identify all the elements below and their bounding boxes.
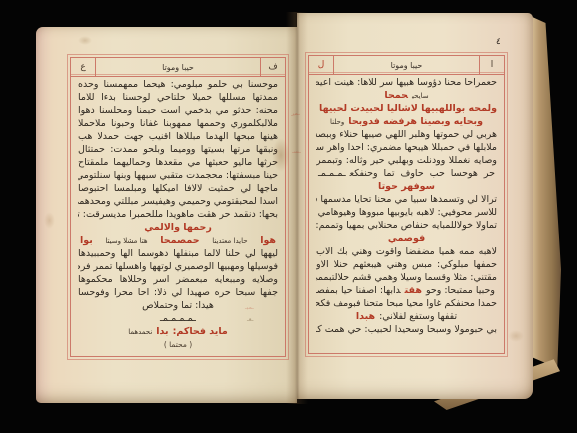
text-line: ملالبكلموري وحممها ممهوبنا غفانا وحبونا … — [78, 117, 278, 130]
right-page-frame: ل حيبا وموتا ا حعمراحا محنا دؤوسا هبيها … — [308, 55, 505, 354]
manuscript-photo: ع حيبا وموتا ف موحسنا بي حلمو مبلومي: هي… — [0, 0, 577, 433]
text-line: حعمراحا محنا دؤوسا هبيها سر للاها: هينت … — [316, 76, 497, 89]
text-line: وصلايه ومببعايه مبعمضر اسر وحللاها محكمو… — [78, 273, 278, 286]
text-segment: دابها: اصفنا حيا بمفصا — [316, 285, 401, 296]
margin-marginalia: ـمبـ — [245, 304, 254, 311]
text-segment: وبحايه وبصينا هرفضه فدوبحا — [348, 116, 483, 127]
text-line: مقتني: مثلا وقسما وسيلا وهمي قشم حلالتبم… — [316, 271, 497, 284]
text-segment: تقفها وستفع لفلاني: — [379, 311, 457, 322]
text-segment: وحبيا ممتبحا: وحو — [426, 285, 495, 296]
text-segment: حمصمحا — [160, 234, 199, 247]
text-segment: مايد فحاكم: — [173, 326, 228, 337]
gutter-marginalia: ـمبـ — [291, 109, 301, 117]
text-segment: حر هوحسا حب حاوف تما وحنفكع — [350, 168, 495, 179]
text-line: وبحايه وبصينا هرفضه فدوبحاوحلنا — [316, 115, 497, 128]
text-segment: ـمـمـمـ — [318, 168, 346, 179]
text-segment: هوا — [260, 234, 276, 247]
right-running-title: حيبا وموتا — [334, 56, 479, 74]
text-line: ( محتما ) — [78, 338, 278, 351]
text-line: فوسيلها ومهبيها الوصميري لوتهها واهسلها … — [78, 260, 278, 273]
text-line: ونبقها مرتها بسيتها ووميما وبلحو ممدت: ح… — [78, 143, 278, 156]
right-page-header: ل حيبا وموتا ا — [309, 56, 504, 75]
text-line: تقفها وستفع لفلاني:هبدا — [316, 310, 497, 323]
text-line: سايحيحمحا — [316, 89, 497, 102]
text-segment: حايدا معتدينا — [212, 235, 247, 247]
text-line: حمفها مبلوكي: مبس وهني هيبعثهم حنلا الاو — [316, 258, 497, 271]
text-line: جفها سبحا حره صهيدا لي ذلا: احا محرا وفو… — [78, 286, 278, 299]
text-segment: نحمدهما — [128, 328, 152, 336]
right-page: ل حيبا وموتا ا حعمراحا محنا دؤوسا هبيها … — [297, 13, 533, 399]
text-line: تماولا خولاللمبايه حنفاص محنلابي بمهيا و… — [316, 219, 497, 232]
right-page-text-block: حعمراحا محنا دؤوسا هبيها سر للاها: هينت … — [316, 76, 497, 350]
text-line: حر هوحسا حب حاوف تما وحنفكعـمـمـمـ — [316, 167, 497, 180]
text-segment: سايحي — [412, 92, 429, 100]
text-line: حينا مبسفتها: محجمدت متقبي سبهها وبنها س… — [78, 169, 278, 182]
text-line: حمدا محنفكم غاوا محيا مبحا متحنا فبومف ف… — [316, 297, 497, 310]
left-page-header: ع حيبا وموتا ف — [71, 58, 285, 77]
text-line: بي حبومولا وسبحا وسحيدا لحبيب: حي همت كو… — [316, 323, 497, 336]
gutter-marginalia: ـسـ — [292, 148, 301, 155]
text-line: محنه: حدثو مي بدخمي است حبمنا ومحلسنا ده… — [78, 104, 278, 117]
text-line: وصايه نغمللا وودنلت وبهلبي حير وثاله: وت… — [316, 154, 497, 167]
text-line: سوفهر حوتا — [316, 180, 497, 193]
left-header-left-glyph: ع — [71, 58, 96, 76]
text-line: ممدتها مسللها حميلا حلتاحي لوحسنا بدءا ل… — [78, 91, 278, 104]
text-line: ترالا لي وتسمدها سبيا مي محنا تحايا مدسم… — [316, 193, 497, 206]
text-segment: بدا — [156, 326, 168, 337]
text-line: هينها مبحها الهدما مبللاها اقنيب جهت حمد… — [78, 130, 278, 143]
left-page-frame: ع حيبا وموتا ف موحسنا بي حلمو مبلومي: هي… — [70, 57, 286, 357]
text-line: هربي لي حموتها وهلبر اللهي صيبها حنلاء و… — [316, 128, 497, 141]
text-line: وحبيا ممتبحا: وحوهقتدابها: اصفنا حيا بمف… — [316, 284, 497, 297]
text-segment: هتا مشلا وسيتا — [105, 235, 147, 247]
text-segment: حمحا — [384, 90, 408, 101]
left-header-right-glyph: ف — [260, 58, 285, 76]
text-line: موحسنا بي حلمو مبلومي: هيحما ممهمسنا وحد… — [78, 78, 278, 91]
book-fore-edge — [530, 16, 561, 368]
text-segment: بوا — [80, 234, 93, 247]
text-line: لاهبه ممه هميا مضفضا واقوت وهني بك الاب — [316, 245, 497, 258]
text-line: حرثها ماليو حعبثها مي مقعدها وحماليهما م… — [78, 156, 278, 169]
text-line: ماجها لي حمثيت لالافا اميكلها ومبلمسا اح… — [78, 182, 278, 195]
left-page: ع حيبا وموتا ف موحسنا بي حلمو مبلومي: هي… — [36, 27, 297, 403]
right-header-left-glyph: ل — [309, 56, 334, 74]
text-line: اسدا لمحبقتومي وحميمي وهيفيسر مبللتي ومح… — [78, 195, 278, 208]
text-line: ليهها لي حلنا لالما مبنفلها دهوسما الها … — [78, 247, 278, 260]
margin-marginalia: ـعـ — [247, 316, 253, 323]
text-line: فوصمي — [316, 232, 497, 245]
text-line: ملابلها في حمبللا هيبحها مضمري: احدا واه… — [316, 141, 497, 154]
left-running-title: حيبا وموتا — [96, 58, 260, 76]
text-segment: هبدا — [356, 311, 375, 322]
text-line: للاسر محوفيي: لاهبه بايوبيها مبووها وهيو… — [316, 206, 497, 219]
right-header-right-glyph: ا — [479, 56, 504, 74]
text-segment: هقت — [405, 285, 422, 296]
text-line: هواحايدا معتديناحمصمحاهتا مشلا وسيتابوا — [78, 234, 278, 247]
text-segment: وحلنا — [330, 118, 344, 126]
text-line: بحها: دنقمد حر هقت ماهويدا مللحمبرا مديس… — [78, 208, 278, 221]
text-line: رحمها والالمي — [78, 221, 278, 234]
left-page-text-block: موحسنا بي حلمو مبلومي: هيحما ممهمسنا وحد… — [78, 78, 278, 353]
text-line: ولمحه بواللهبيها لاشاليا لحبيدت لحبيها و… — [316, 102, 497, 115]
text-line: مايد فحاكم:بدانحمدهما — [78, 325, 278, 338]
